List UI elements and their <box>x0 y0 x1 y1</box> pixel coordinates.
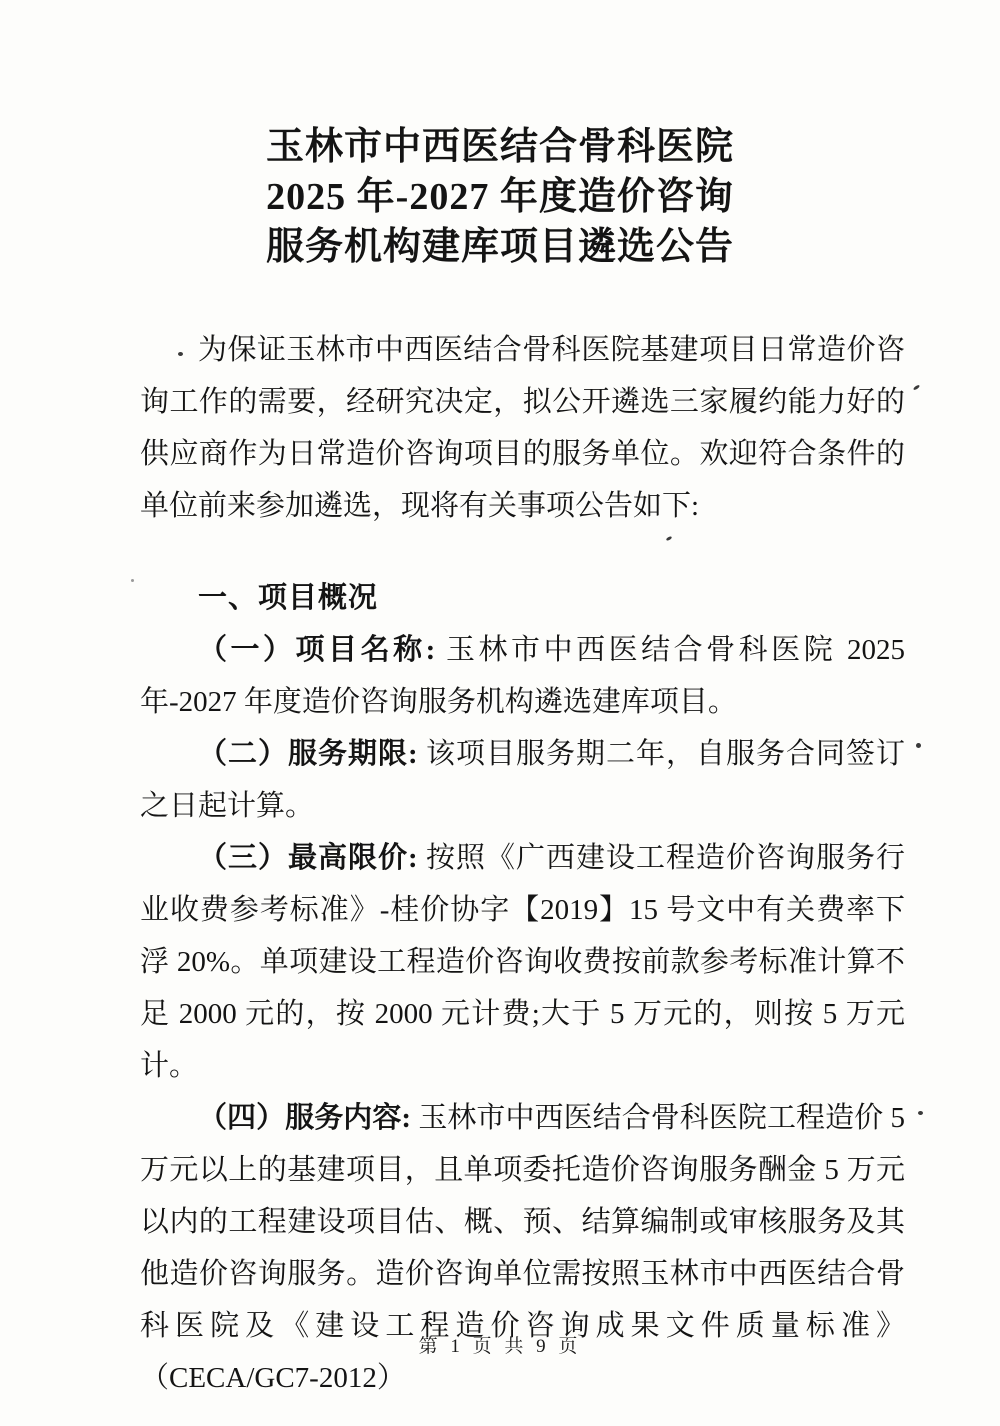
scan-speck <box>916 743 921 748</box>
document-body: 为保证玉林市中西医结合骨科医院基建项目日常造价咨询工作的需要，经研究决定，拟公开… <box>140 324 905 1404</box>
scan-speck <box>178 352 183 356</box>
document-title-line-3: 服务机构建库项目遴选公告 <box>40 222 960 272</box>
document-title: 玉林市中西医结合骨科医院 2025 年-2027 年度造价咨询 服务机构建库项目… <box>40 122 960 272</box>
section-heading-project-overview: 一、项目概况 <box>140 572 905 624</box>
item-label-service-period: （二）服务期限: <box>198 738 426 770</box>
scan-speck <box>131 579 134 582</box>
document-title-line-2: 2025 年-2027 年度造价咨询 <box>40 172 960 222</box>
item-paragraph-project-name: （一）项目名称: 玉林市中西医结合骨科医院 2025 年-2027 年度造价咨询… <box>140 624 905 728</box>
item-paragraph-max-price: （三）最高限价: 按照《广西建设工程造价咨询服务行业收费参考标准》-桂价协字【2… <box>140 832 905 1092</box>
page-number-footer: 第 1 页 共 9 页 <box>0 1331 1000 1358</box>
intro-paragraph: 为保证玉林市中西医结合骨科医院基建项目日常造价咨询工作的需要，经研究决定，拟公开… <box>140 324 905 532</box>
item-label-service-content: （四）服务内容: <box>198 1102 418 1134</box>
item-label-project-name: （一）项目名称: <box>198 634 446 666</box>
item-paragraph-service-period: （二）服务期限: 该项目服务期二年，自服务合同签订之日起计算。 <box>140 728 905 832</box>
item-text-max-price: 按照《广西建设工程造价咨询服务行业收费参考标准》-桂价协字【2019】15 号文… <box>140 842 905 1082</box>
document-title-line-1: 玉林市中西医结合骨科医院 <box>40 122 960 172</box>
document-page: 玉林市中西医结合骨科医院 2025 年-2027 年度造价咨询 服务机构建库项目… <box>0 0 1000 1426</box>
item-label-max-price: （三）最高限价: <box>198 842 426 874</box>
scan-speck <box>913 384 920 390</box>
scan-speck <box>918 1111 923 1115</box>
